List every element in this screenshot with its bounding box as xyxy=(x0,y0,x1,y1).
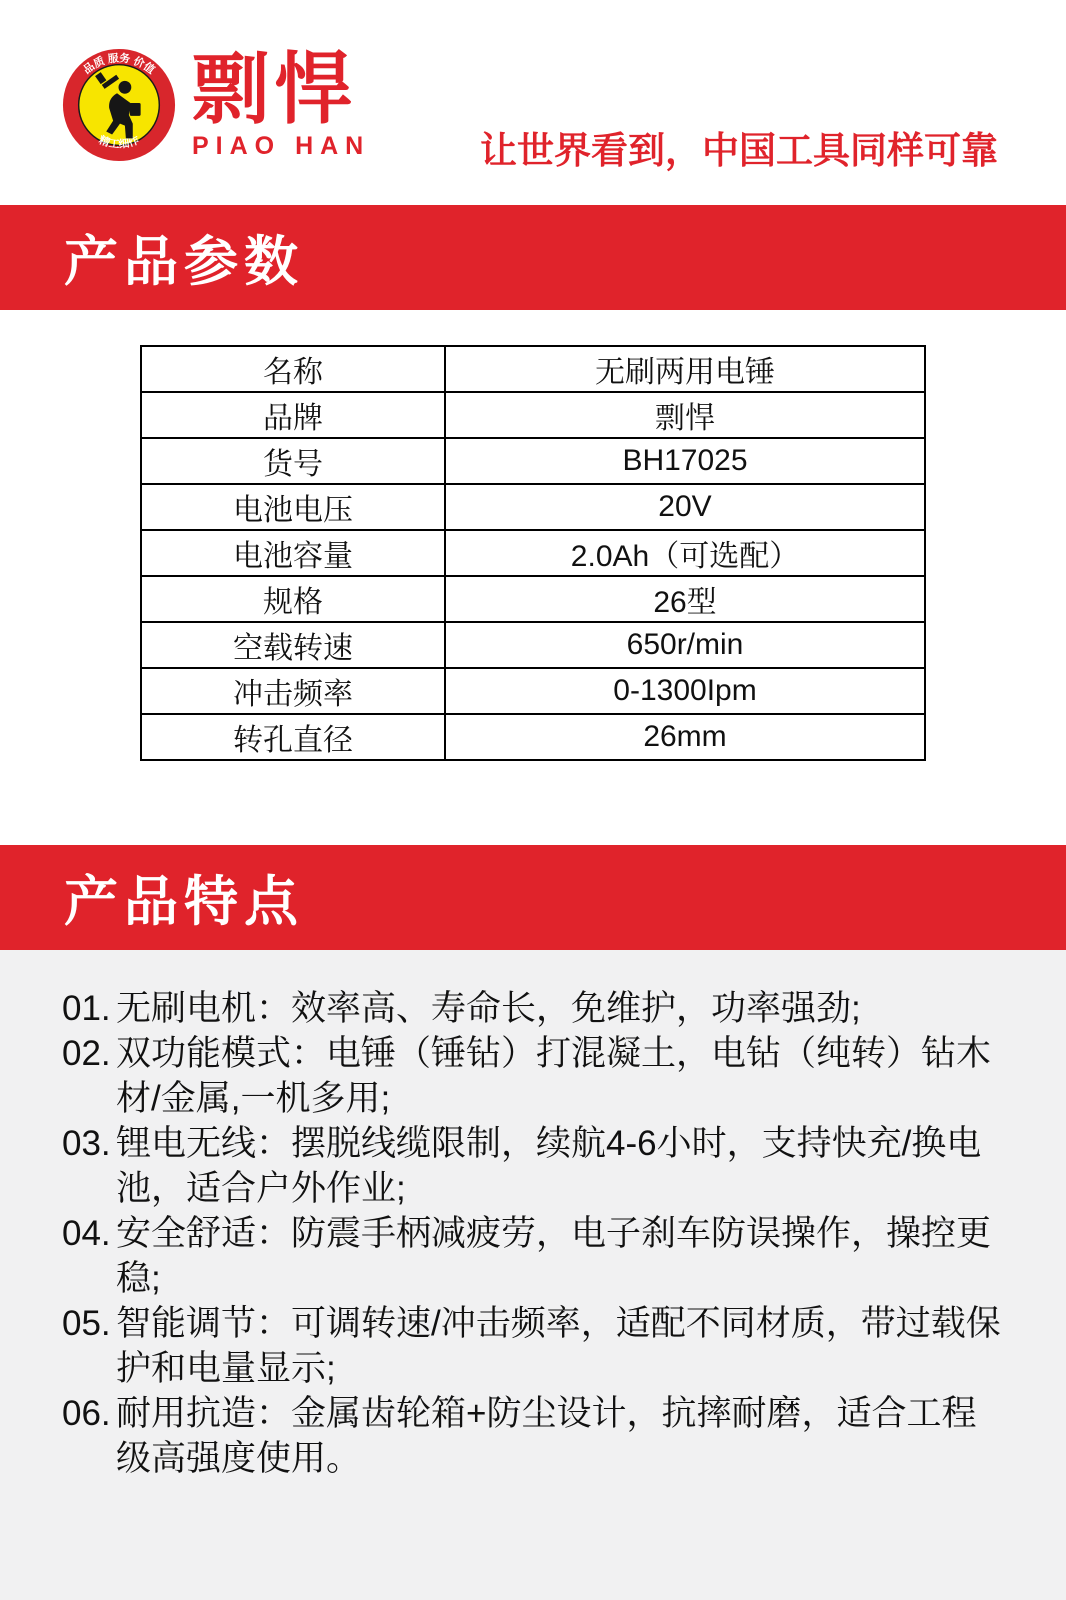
feature-item: 01. 无刷电机：效率高、寿命长，免维护，功率强劲; xyxy=(62,986,1006,1031)
table-row: 电池电压 20V xyxy=(141,484,925,530)
spec-label: 冲击频率 xyxy=(141,668,445,714)
feature-item: 04. 安全舒适：防震手柄减疲劳，电子刹车防误操作，操控更稳; xyxy=(62,1211,1006,1301)
spec-label: 转孔直径 xyxy=(141,714,445,760)
spec-value: 26型 xyxy=(445,576,925,622)
params-banner-title: 产品参数 xyxy=(64,219,304,296)
feature-number: 01. xyxy=(62,986,111,1031)
spec-value: 2.0Ah（可选配） xyxy=(445,530,925,576)
feature-text: 安全舒适：防震手柄减疲劳，电子刹车防误操作，操控更稳; xyxy=(116,1214,991,1298)
spec-label: 电池容量 xyxy=(141,530,445,576)
feature-number: 02. xyxy=(62,1031,111,1076)
table-row: 规格 26型 xyxy=(141,576,925,622)
feature-item: 06. 耐用抗造：金属齿轮箱+防尘设计，抗摔耐磨，适合工程级高强度使用。 xyxy=(62,1391,1006,1481)
spec-label: 电池电压 xyxy=(141,484,445,530)
feature-text: 智能调节：可调转速/冲击频率，适配不同材质，带过载保护和电量显示; xyxy=(116,1304,1001,1388)
spec-value: 无刷两用电锤 xyxy=(445,346,925,392)
brand-name-latin: PIAO HAN xyxy=(192,132,370,161)
features-banner-title: 产品特点 xyxy=(64,859,304,936)
piaohan-logo-icon: 品质 服务 价值 精工细作 xyxy=(60,46,178,164)
table-row: 电池容量 2.0Ah（可选配） xyxy=(141,530,925,576)
features-section: 01. 无刷电机：效率高、寿命长，免维护，功率强劲; 02. 双功能模式：电锤（… xyxy=(0,950,1066,1600)
table-row: 名称 无刷两用电锤 xyxy=(141,346,925,392)
brand-name: 剽悍 xyxy=(192,50,370,128)
spec-label: 品牌 xyxy=(141,392,445,438)
brand-logo-block: 品质 服务 价值 精工细作 剽悍 PIAO HAN xyxy=(60,46,370,164)
spec-label: 空载转速 xyxy=(141,622,445,668)
feature-item: 02. 双功能模式：电锤（锤钻）打混凝土，电钻（纯转）钻木材/金属,一机多用; xyxy=(62,1031,1006,1121)
feature-text: 锂电无线：摆脱线缆限制，续航4-6小时，支持快充/换电池，适合户外作业; xyxy=(116,1124,981,1208)
spec-label: 货号 xyxy=(141,438,445,484)
spec-value: BH17025 xyxy=(445,438,925,484)
spec-value: 20V xyxy=(445,484,925,530)
feature-item: 03. 锂电无线：摆脱线缆限制，续航4-6小时，支持快充/换电池，适合户外作业; xyxy=(62,1121,1006,1211)
params-banner: 产品参数 xyxy=(0,205,1066,310)
brand-text: 剽悍 PIAO HAN xyxy=(192,50,370,161)
feature-number: 04. xyxy=(62,1211,111,1256)
table-row: 冲击频率 0-1300Ipm xyxy=(141,668,925,714)
feature-number: 06. xyxy=(62,1391,111,1436)
specs-table: 名称 无刷两用电锤 品牌 剽悍 货号 BH17025 电池电压 20V 电池容量 xyxy=(140,345,926,761)
spec-value: 剽悍 xyxy=(445,392,925,438)
spec-label: 名称 xyxy=(141,346,445,392)
feature-text: 双功能模式：电锤（锤钻）打混凝土，电钻（纯转）钻木材/金属,一机多用; xyxy=(116,1034,991,1118)
product-spec-page: 品质 服务 价值 精工细作 剽悍 PIAO HAN 让世界看到，中国工 xyxy=(0,0,1066,1600)
table-row: 转孔直径 26mm xyxy=(141,714,925,760)
feature-number: 03. xyxy=(62,1121,111,1166)
feature-text: 无刷电机：效率高、寿命长，免维护，功率强劲; xyxy=(116,989,861,1028)
brand-slogan: 让世界看到，中国工具同样可靠 xyxy=(480,120,998,174)
feature-item: 05. 智能调节：可调转速/冲击频率，适配不同材质，带过载保护和电量显示; xyxy=(62,1301,1006,1391)
table-row: 空载转速 650r/min xyxy=(141,622,925,668)
spec-label: 规格 xyxy=(141,576,445,622)
header: 品质 服务 价值 精工细作 剽悍 PIAO HAN 让世界看到，中国工 xyxy=(0,0,1066,205)
params-section: 名称 无刷两用电锤 品牌 剽悍 货号 BH17025 电池电压 20V 电池容量 xyxy=(0,310,1066,845)
table-row: 货号 BH17025 xyxy=(141,438,925,484)
spec-value: 26mm xyxy=(445,714,925,760)
spec-value: 650r/min xyxy=(445,622,925,668)
feature-text: 耐用抗造：金属齿轮箱+防尘设计，抗摔耐磨，适合工程级高强度使用。 xyxy=(116,1394,976,1478)
spec-value: 0-1300Ipm xyxy=(445,668,925,714)
features-banner: 产品特点 xyxy=(0,845,1066,950)
feature-number: 05. xyxy=(62,1301,111,1346)
table-row: 品牌 剽悍 xyxy=(141,392,925,438)
